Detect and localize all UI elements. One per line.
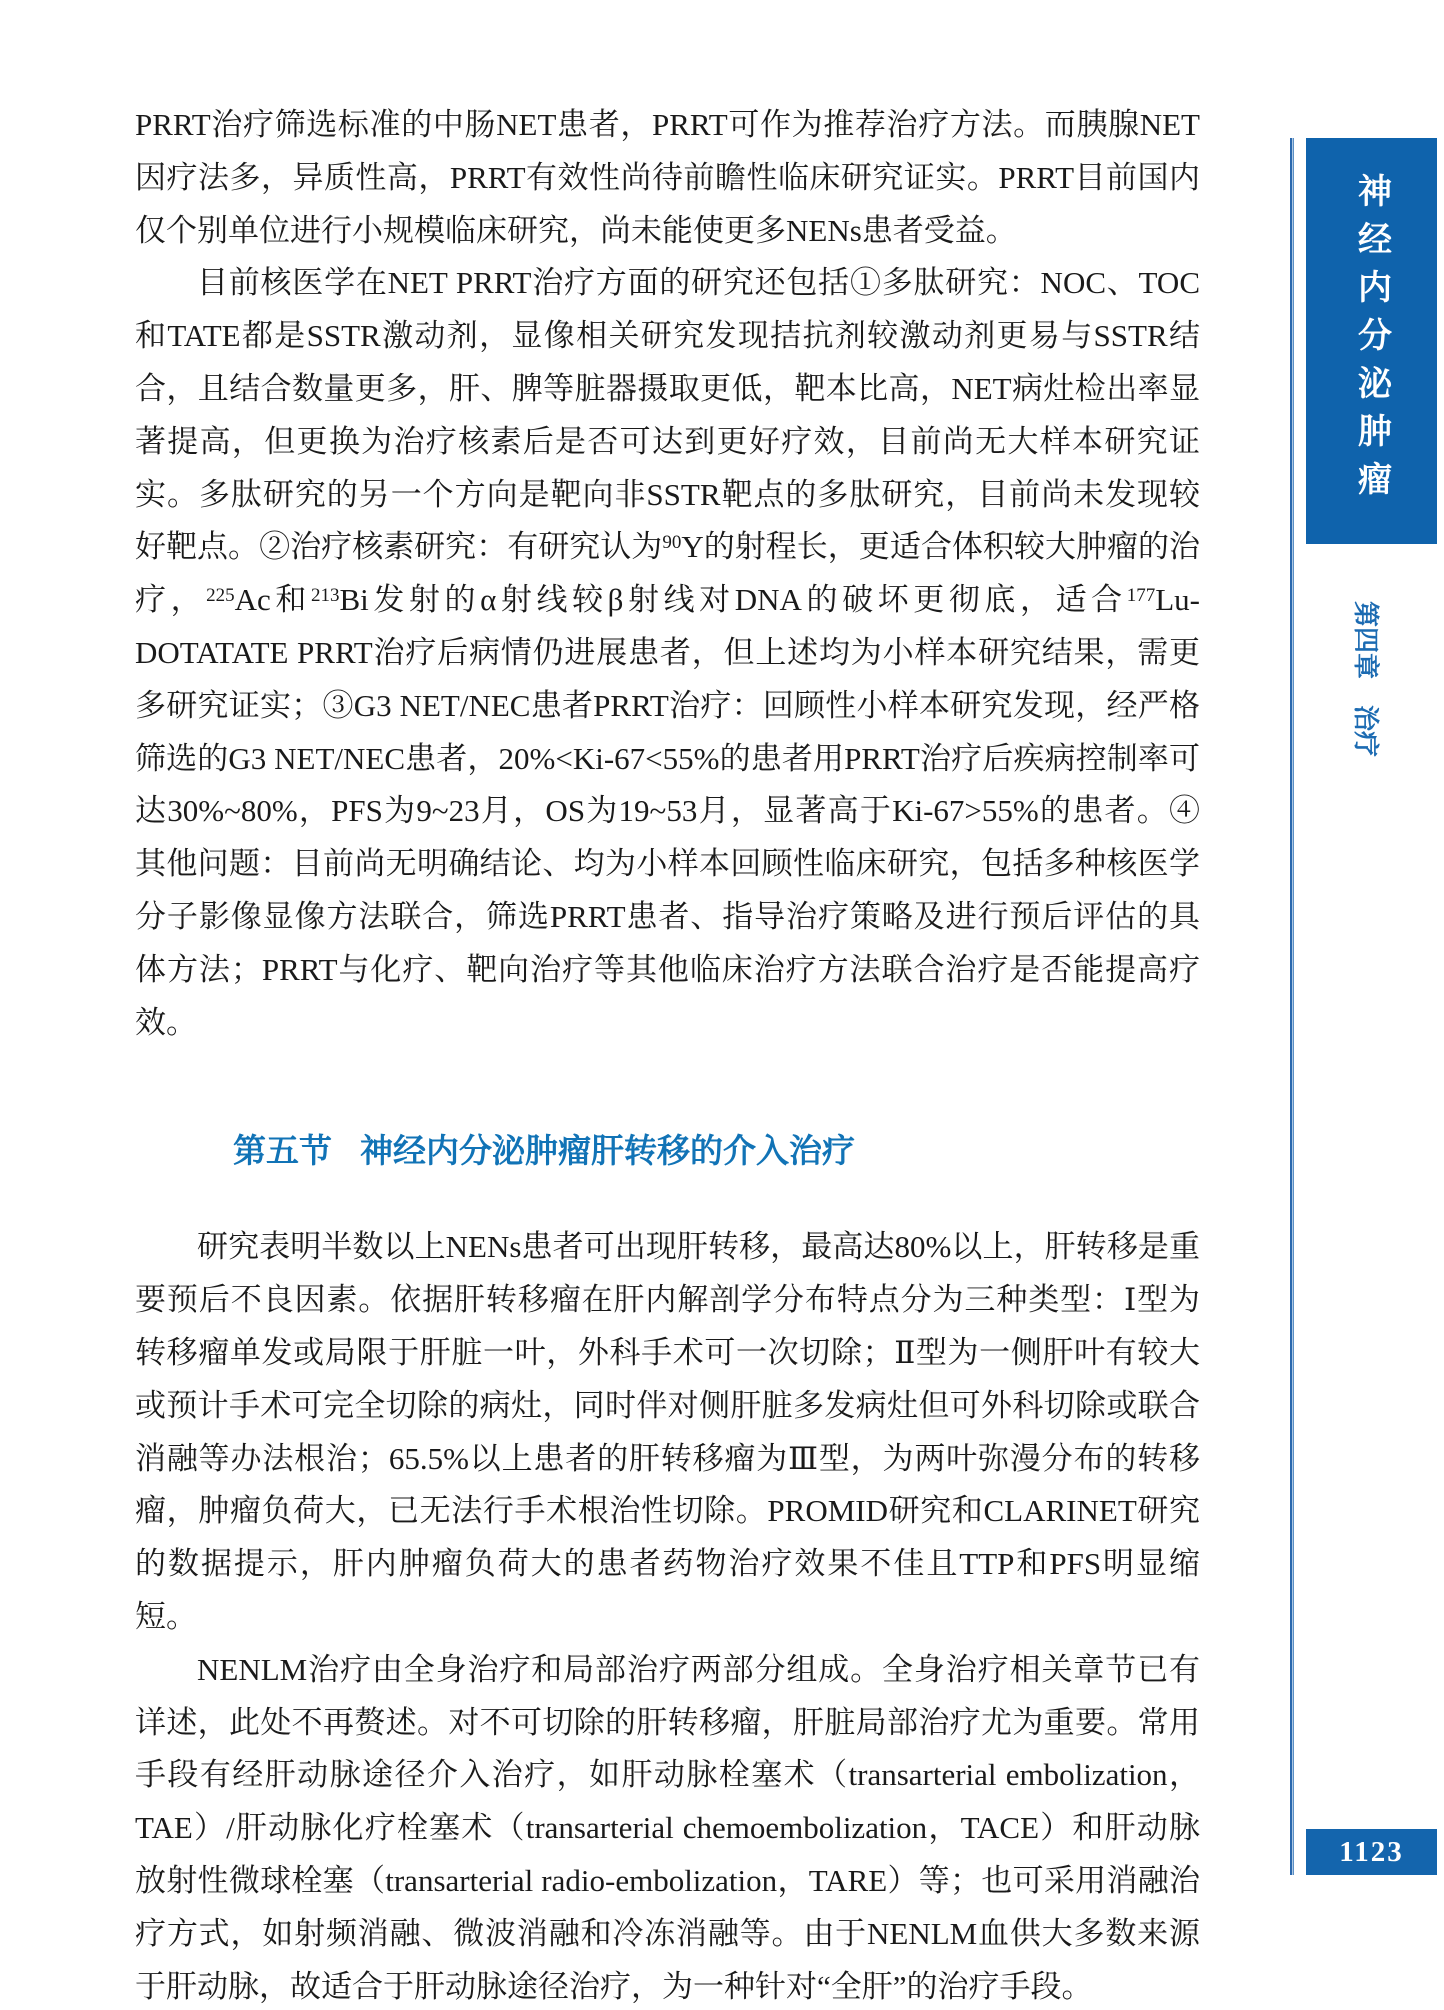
- section-heading: 第五节神经内分泌肿瘤肝转移的介入治疗: [135, 1130, 1200, 1174]
- paragraph-liver-metastasis-types: 研究表明半数以上NENs患者可出现肝转移，最高达80%以上，肝转移是重要预后不良…: [135, 1221, 1200, 1643]
- page-number: 1123: [1339, 1836, 1403, 1869]
- isotope-superscript-225: 225: [206, 585, 235, 606]
- paragraph-prrt-continuation: PRRT治疗筛选标准的中肠NET患者，PRRT可作为推荐治疗方法。而胰腺NET因…: [135, 99, 1200, 257]
- chapter-title: 治疗: [1351, 705, 1380, 757]
- page-body-text: PRRT治疗筛选标准的中肠NET患者，PRRT可作为推荐治疗方法。而胰腺NET因…: [135, 99, 1200, 2010]
- isotope-superscript-90: 90: [662, 532, 681, 553]
- p2-segment-3: Ac和: [235, 582, 311, 617]
- page-number-badge: 1123: [1306, 1829, 1437, 1875]
- isotope-superscript-177: 177: [1127, 585, 1156, 606]
- chapter-label: 第四章治疗: [1349, 601, 1379, 801]
- paragraph-nuclear-medicine-research: 目前核医学在NET PRRT治疗方面的研究还包括①多肽研究：NOC、TOC和TA…: [135, 257, 1200, 1049]
- section-title: 神经内分泌肿瘤肝转移的介入治疗: [360, 1134, 855, 1170]
- chapter-tab-title: 神经内分泌肿瘤: [1355, 173, 1389, 509]
- section-number: 第五节: [233, 1134, 332, 1170]
- p2-segment-4: Bi发射的α射线较β射线对DNA的破坏更彻底，适合: [339, 582, 1126, 617]
- p2-segment-5: Lu-DOTATATE PRRT治疗后病情仍进展患者，但上述均为小样本研究结果，…: [135, 582, 1200, 1039]
- paragraph-nenlm-treatment: NENLM治疗由全身治疗和局部治疗两部分组成。全身治疗相关章节已有详述，此处不再…: [135, 1644, 1200, 2010]
- chapter-number: 第四章: [1351, 601, 1380, 679]
- isotope-superscript-213: 213: [311, 585, 340, 606]
- sidebar-rule: [1290, 138, 1294, 1875]
- p2-segment-1: 目前核医学在NET PRRT治疗方面的研究还包括①多肽研究：NOC、TOC和TA…: [135, 265, 1200, 564]
- chapter-thumb-tab: 神经内分泌肿瘤: [1306, 138, 1437, 544]
